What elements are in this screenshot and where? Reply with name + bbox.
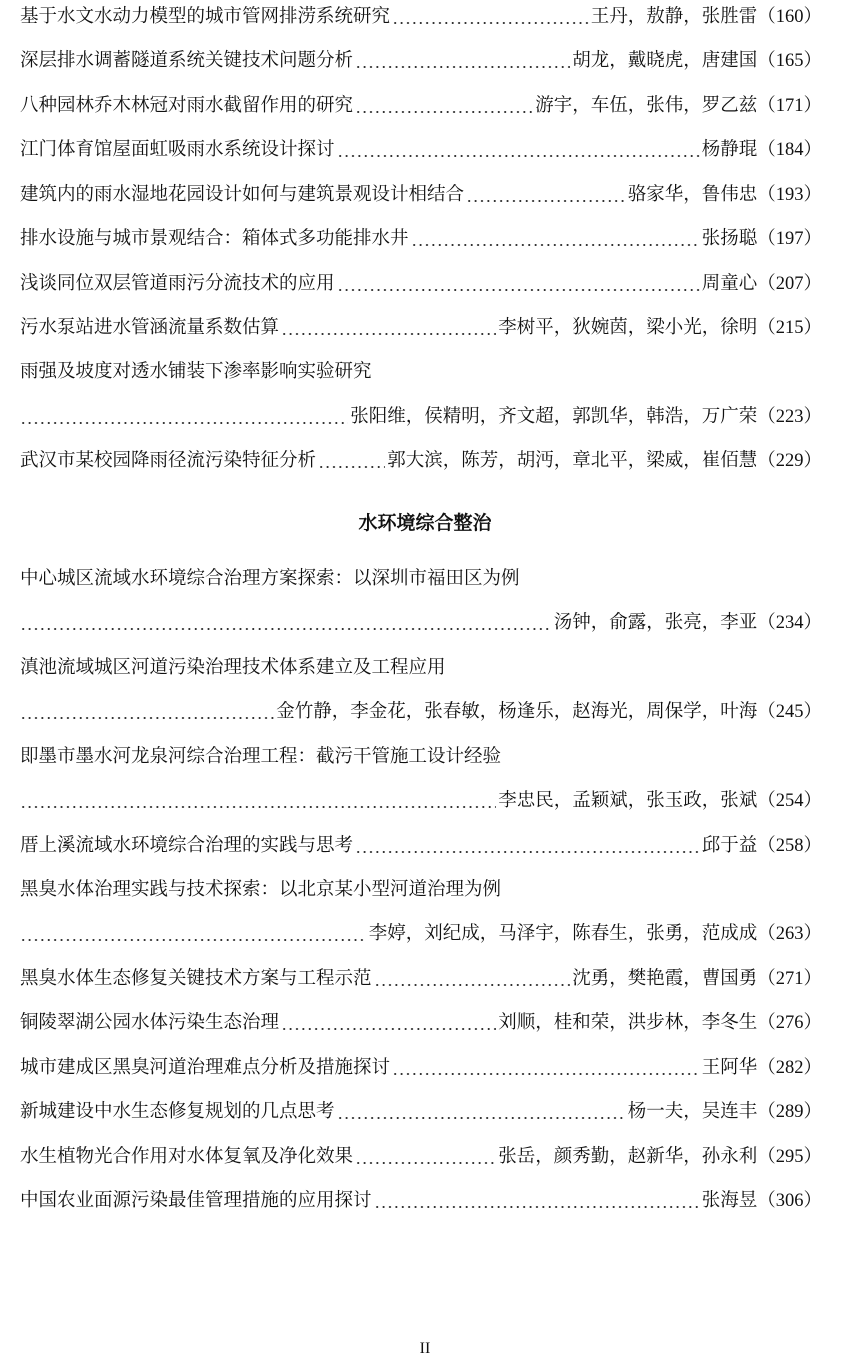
dot-leader: [411, 224, 700, 254]
dot-leader: [20, 919, 367, 949]
entry-title: 水生植物光合作用对水体复氧及净化效果: [20, 1142, 353, 1172]
toc-entry[interactable]: 排水设施与城市景观结合：箱体式多功能排水井 张扬聪 （197）: [20, 224, 822, 254]
dot-leader: [355, 91, 533, 121]
dot-leader: [392, 2, 589, 32]
dot-leader: [392, 1053, 700, 1083]
dot-leader: [20, 697, 274, 727]
entry-title: 中国农业面源污染最佳管理措施的应用探讨: [20, 1186, 372, 1216]
entry-authors: 李婷，刘纪成，马泽宇，陈春生，张勇，范成成: [369, 919, 758, 949]
entry-page: （306）: [757, 1186, 822, 1216]
toc-entry[interactable]: 建筑内的雨水湿地花园设计如何与建筑景观设计相结合 骆家华，鲁伟忠 （193）: [20, 180, 822, 210]
entry-title: 新城建设中水生态修复规划的几点思考: [20, 1097, 335, 1127]
dot-leader: [281, 313, 496, 343]
entry-title: 排水设施与城市景观结合：箱体式多功能排水井: [20, 224, 409, 254]
section-heading: 水环境综合整治: [0, 508, 850, 538]
page-number: II: [0, 1340, 850, 1358]
dot-leader: [355, 1142, 496, 1172]
entry-title: 厝上溪流域水环境综合治理的实践与思考: [20, 831, 353, 861]
entry-authors: 杨静琨: [702, 135, 758, 165]
dot-leader: [337, 269, 700, 299]
dot-leader: [337, 135, 700, 165]
entry-page: （207）: [757, 269, 822, 299]
entry-authors: 王丹，敖静，张胜雷: [591, 2, 758, 32]
dot-leader: [337, 1097, 626, 1127]
toc-entry[interactable]: 基于水文水动力模型的城市管网排涝系统研究 王丹，敖静，张胜雷 （160）: [20, 2, 822, 32]
entry-page: （184）: [757, 135, 822, 165]
entry-title: 滇池流域城区河道污染治理技术体系建立及工程应用: [20, 653, 446, 683]
entry-page: （263）: [757, 919, 822, 949]
entry-page: （160）: [757, 2, 822, 32]
entry-authors: 李忠民，孟颖斌，张玉政，张斌: [498, 786, 757, 816]
entry-page: （254）: [757, 786, 822, 816]
entry-title: 江门体育馆屋面虹吸雨水系统设计探讨: [20, 135, 335, 165]
dot-leader: [20, 608, 552, 638]
toc-entry[interactable]: 八种园林乔木林冠对雨水截留作用的研究 游宇，车伍，张伟，罗乙兹 （171）: [20, 91, 822, 121]
toc-entry-title-line[interactable]: 雨强及坡度对透水铺装下渗率影响实验研究: [20, 357, 822, 387]
entry-title: 雨强及坡度对透水铺装下渗率影响实验研究: [20, 357, 372, 387]
entry-title: 建筑内的雨水湿地花园设计如何与建筑景观设计相结合: [20, 180, 464, 210]
toc-entry[interactable]: 浅谈同位双层管道雨污分流技术的应用 周童心 （207）: [20, 269, 822, 299]
toc-entry[interactable]: 武汉市某校园降雨径流污染特征分析 郭大滨，陈芳，胡沔，章北平，梁威，崔佰慧 （2…: [20, 446, 822, 476]
entry-title: 即墨市墨水河龙泉河综合治理工程：截污干管施工设计经验: [20, 742, 501, 772]
dot-leader: [374, 964, 571, 994]
entry-authors: 张阳维，侯精明，齐文超，郭凯华，韩浩，万广荣: [350, 402, 757, 432]
entry-page: （271）: [757, 964, 822, 994]
toc-entry-title-line[interactable]: 滇池流域城区河道污染治理技术体系建立及工程应用: [20, 653, 822, 683]
toc-entry[interactable]: 水生植物光合作用对水体复氧及净化效果 张岳，颜秀勤，赵新华，孙永利 （295）: [20, 1142, 822, 1172]
entry-page: （193）: [757, 180, 822, 210]
entry-authors: 胡龙，戴晓虎，唐建国: [572, 46, 757, 76]
entry-title: 污水泵站进水管涵流量系数估算: [20, 313, 279, 343]
toc-entry-author-line[interactable]: 汤钟，俞露，张亮，李亚 （234）: [20, 608, 822, 638]
entry-page: （295）: [757, 1142, 822, 1172]
dot-leader: [20, 786, 496, 816]
entry-authors: 沈勇，樊艳霞，曹国勇: [572, 964, 757, 994]
toc-entry[interactable]: 铜陵翠湖公园水体污染生态治理 刘顺，桂和荣，洪步林，李冬生 （276）: [20, 1008, 822, 1038]
entry-title: 武汉市某校园降雨径流污染特征分析: [20, 446, 316, 476]
toc-entry-title-line[interactable]: 即墨市墨水河龙泉河综合治理工程：截污干管施工设计经验: [20, 742, 822, 772]
toc-entry[interactable]: 黑臭水体生态修复关键技术方案与工程示范 沈勇，樊艳霞，曹国勇 （271）: [20, 964, 822, 994]
entry-authors: 张海昱: [702, 1186, 758, 1216]
entry-title: 基于水文水动力模型的城市管网排涝系统研究: [20, 2, 390, 32]
entry-page: （258）: [757, 831, 822, 861]
entry-page: （276）: [757, 1008, 822, 1038]
entry-title: 八种园林乔木林冠对雨水截留作用的研究: [20, 91, 353, 121]
toc-entry-author-line[interactable]: 金竹静，李金花，张春敏，杨逢乐，赵海光，周保学，叶海 （245）: [20, 697, 822, 727]
entry-authors: 杨一夫，吴连丰: [628, 1097, 758, 1127]
toc-entry-author-line[interactable]: 李忠民，孟颖斌，张玉政，张斌 （254）: [20, 786, 822, 816]
entry-authors: 金竹静，李金花，张春敏，杨逢乐，赵海光，周保学，叶海: [276, 697, 757, 727]
entry-page: （171）: [757, 91, 822, 121]
entry-authors: 刘顺，桂和荣，洪步林，李冬生: [498, 1008, 757, 1038]
toc-entry[interactable]: 江门体育馆屋面虹吸雨水系统设计探讨 杨静琨 （184）: [20, 135, 822, 165]
dot-leader: [281, 1008, 496, 1038]
dot-leader: [318, 446, 385, 476]
entry-page: （234）: [757, 608, 822, 638]
toc-entry[interactable]: 厝上溪流域水环境综合治理的实践与思考 邱于益 （258）: [20, 831, 822, 861]
entry-page: （289）: [757, 1097, 822, 1127]
entry-authors: 郭大滨，陈芳，胡沔，章北平，梁威，崔佰慧: [387, 446, 757, 476]
entry-page: （197）: [757, 224, 822, 254]
toc-entry[interactable]: 中国农业面源污染最佳管理措施的应用探讨 张海昱 （306）: [20, 1186, 822, 1216]
entry-page: （229）: [757, 446, 822, 476]
toc-entry[interactable]: 新城建设中水生态修复规划的几点思考 杨一夫，吴连丰 （289）: [20, 1097, 822, 1127]
entry-title: 深层排水调蓄隧道系统关键技术问题分析: [20, 46, 353, 76]
toc-entry-author-line[interactable]: 张阳维，侯精明，齐文超，郭凯华，韩浩，万广荣 （223）: [20, 402, 822, 432]
toc-entry[interactable]: 城市建成区黑臭河道治理难点分析及措施探讨 王阿华 （282）: [20, 1053, 822, 1083]
dot-leader: [355, 46, 570, 76]
entry-page: （215）: [757, 313, 822, 343]
toc-entry[interactable]: 污水泵站进水管涵流量系数估算 李树平，狄婉茵，梁小光，徐明 （215）: [20, 313, 822, 343]
entry-title: 浅谈同位双层管道雨污分流技术的应用: [20, 269, 335, 299]
entry-authors: 汤钟，俞露，张亮，李亚: [554, 608, 758, 638]
dot-leader: [355, 831, 700, 861]
entry-authors: 邱于益: [702, 831, 758, 861]
entry-title: 铜陵翠湖公园水体污染生态治理: [20, 1008, 279, 1038]
toc-entry-title-line[interactable]: 黑臭水体治理实践与技术探索：以北京某小型河道治理为例: [20, 875, 822, 905]
entry-authors: 李树平，狄婉茵，梁小光，徐明: [498, 313, 757, 343]
dot-leader: [374, 1186, 700, 1216]
entry-authors: 张岳，颜秀勤，赵新华，孙永利: [498, 1142, 757, 1172]
entry-page: （165）: [757, 46, 822, 76]
toc-entry[interactable]: 深层排水调蓄隧道系统关键技术问题分析 胡龙，戴晓虎，唐建国 （165）: [20, 46, 822, 76]
entry-authors: 王阿华: [702, 1053, 758, 1083]
entry-title: 中心城区流域水环境综合治理方案探索：以深圳市福田区为例: [20, 564, 520, 594]
entry-title: 黑臭水体生态修复关键技术方案与工程示范: [20, 964, 372, 994]
entry-page: （223）: [757, 402, 822, 432]
entry-authors: 骆家华，鲁伟忠: [628, 180, 758, 210]
entry-title: 黑臭水体治理实践与技术探索：以北京某小型河道治理为例: [20, 875, 501, 905]
entry-authors: 张扬聪: [702, 224, 758, 254]
toc-entry-author-line[interactable]: 李婷，刘纪成，马泽宇，陈春生，张勇，范成成 （263）: [20, 919, 822, 949]
dot-leader: [20, 402, 348, 432]
entry-title: 城市建成区黑臭河道治理难点分析及措施探讨: [20, 1053, 390, 1083]
dot-leader: [466, 180, 626, 210]
entry-authors: 游宇，车伍，张伟，罗乙兹: [535, 91, 757, 121]
entry-authors: 周童心: [702, 269, 758, 299]
toc-entry-title-line[interactable]: 中心城区流域水环境综合治理方案探索：以深圳市福田区为例: [20, 564, 822, 594]
entry-page: （245）: [757, 697, 822, 727]
entry-page: （282）: [757, 1053, 822, 1083]
